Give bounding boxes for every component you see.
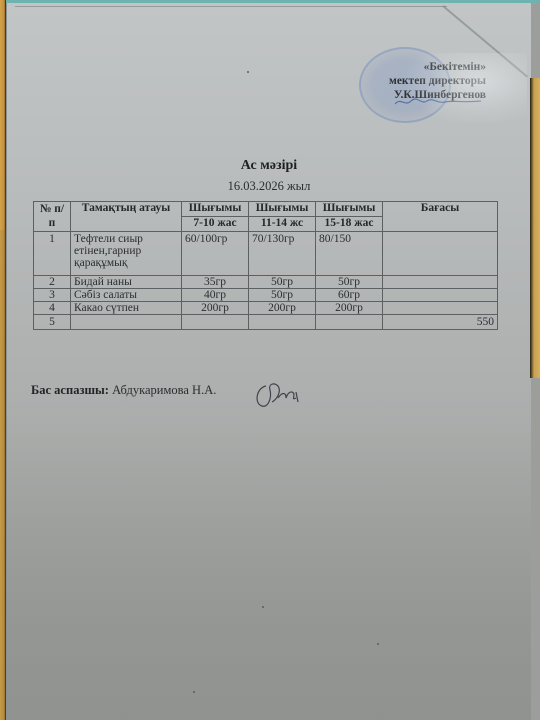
board-right-edge	[530, 78, 540, 378]
price	[383, 232, 498, 276]
price	[383, 302, 498, 315]
chef-signature-icon	[252, 378, 312, 410]
header-portion-3: Шығымы	[316, 202, 383, 217]
dish-name: Тефтели сиыр етінен,гарнир қарақұмық	[71, 232, 182, 276]
table-row: 3 Сәбіз салаты 40гр 50гр 60гр	[34, 289, 498, 302]
header-portion-1: Шығымы	[182, 202, 249, 217]
paper-shadow	[7, 420, 531, 720]
dish-name	[71, 315, 182, 330]
portion-15-18: 60гр	[316, 289, 383, 302]
header-dish-name: Тамақтың атауы	[71, 202, 182, 232]
row-number: 1	[34, 232, 71, 276]
portion-15-18: 80/150	[316, 232, 383, 276]
header-price: Бағасы	[383, 202, 498, 232]
paper-speck	[377, 643, 379, 645]
portion-11-14: 50гр	[249, 289, 316, 302]
portion-11-14: 200гр	[249, 302, 316, 315]
price	[383, 276, 498, 289]
portion-11-14: 70/130гр	[249, 232, 316, 276]
table-row: 2 Бидай наны 35гр 50гр 50гр	[34, 276, 498, 289]
row-number: 3	[34, 289, 71, 302]
approval-position: мектеп директоры	[389, 74, 486, 88]
header-number: № п/п	[34, 202, 71, 232]
head-chef-line: Бас аспазшы: Абдукаримова Н.А.	[31, 383, 216, 398]
portion-7-10: 60/100гр	[182, 232, 249, 276]
director-signature-icon	[393, 95, 483, 109]
table-row: 4 Какао сүтпен 200гр 200гр 200гр	[34, 302, 498, 315]
header-portion-2: Шығымы	[249, 202, 316, 217]
portion-11-14	[249, 315, 316, 330]
menu-date: 16.03.2026 жыл	[7, 179, 531, 194]
portion-7-10: 40гр	[182, 289, 249, 302]
portion-15-18: 50гр	[316, 276, 383, 289]
dish-name: Сәбіз салаты	[71, 289, 182, 302]
portion-7-10: 200гр	[182, 302, 249, 315]
menu-document-sheet: «Бекітемін» мектеп директоры У.К.Шинберг…	[6, 3, 531, 720]
approval-heading: «Бекітемін»	[389, 60, 486, 74]
head-chef-label: Бас аспазшы:	[31, 383, 109, 397]
table-row: 1 Тефтели сиыр етінен,гарнир қарақұмық 6…	[34, 232, 498, 276]
header-age-11-14: 11-14 жс	[249, 217, 316, 232]
portion-15-18: 200гр	[316, 302, 383, 315]
header-age-7-10: 7-10 жас	[182, 217, 249, 232]
row-number: 4	[34, 302, 71, 315]
portion-11-14: 50гр	[249, 276, 316, 289]
sleeve-edge	[15, 6, 447, 7]
portion-15-18	[316, 315, 383, 330]
paper-speck	[262, 606, 264, 608]
price	[383, 289, 498, 302]
portion-7-10	[182, 315, 249, 330]
dish-name: Бидай наны	[71, 276, 182, 289]
paper-speck	[193, 691, 195, 693]
menu-table: № п/п Тамақтың атауы Шығымы Шығымы Шығым…	[33, 201, 498, 330]
head-chef-name: Абдукаримова Н.А.	[112, 383, 216, 397]
row-number: 5	[34, 315, 71, 330]
total-price: 550	[383, 315, 498, 330]
dish-name: Какао сүтпен	[71, 302, 182, 315]
portion-7-10: 35гр	[182, 276, 249, 289]
table-row: 5 550	[34, 315, 498, 330]
table-header-row: № п/п Тамақтың атауы Шығымы Шығымы Шығым…	[34, 202, 498, 217]
row-number: 2	[34, 276, 71, 289]
paper-speck	[247, 71, 249, 73]
page-title: Ас мәзірі	[7, 158, 531, 174]
header-age-15-18: 15-18 жас	[316, 217, 383, 232]
